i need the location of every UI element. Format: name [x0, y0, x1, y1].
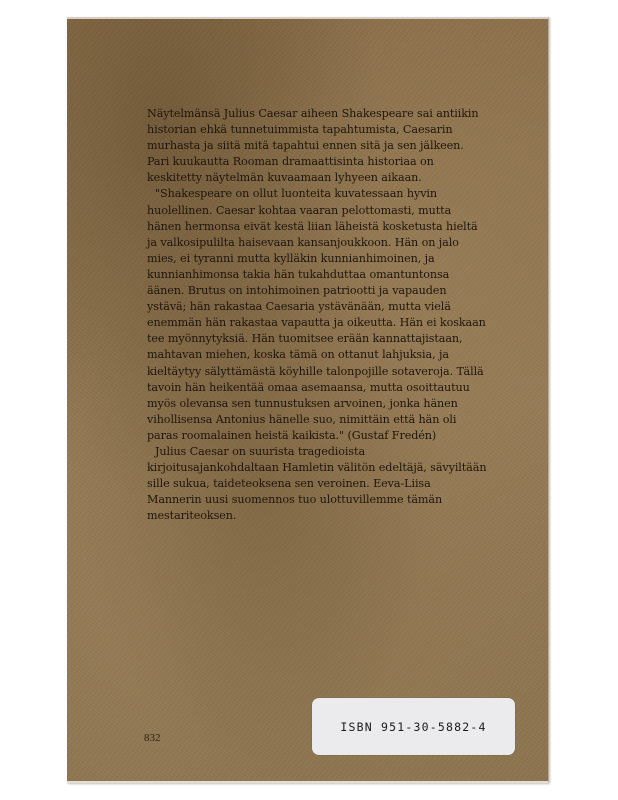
- isbn-label: ISBN 951-30-5882-4: [340, 720, 486, 734]
- blurb-paragraph-quote: "Shakespeare on ollut luonteita kuvatess…: [147, 186, 487, 444]
- blurb-text: Näytelmänsä Julius Caesar aiheen Shakesp…: [147, 106, 487, 524]
- isbn-sticker: ISBN 951-30-5882-4: [312, 698, 515, 755]
- blurb-paragraph-intro: Näytelmänsä Julius Caesar aiheen Shakesp…: [147, 106, 487, 186]
- book-back-cover: Näytelmänsä Julius Caesar aiheen Shakesp…: [67, 17, 549, 783]
- catalog-number: 832: [144, 732, 161, 744]
- blurb-paragraph-closing: Julius Caesar on suurista tragedioista k…: [147, 444, 487, 524]
